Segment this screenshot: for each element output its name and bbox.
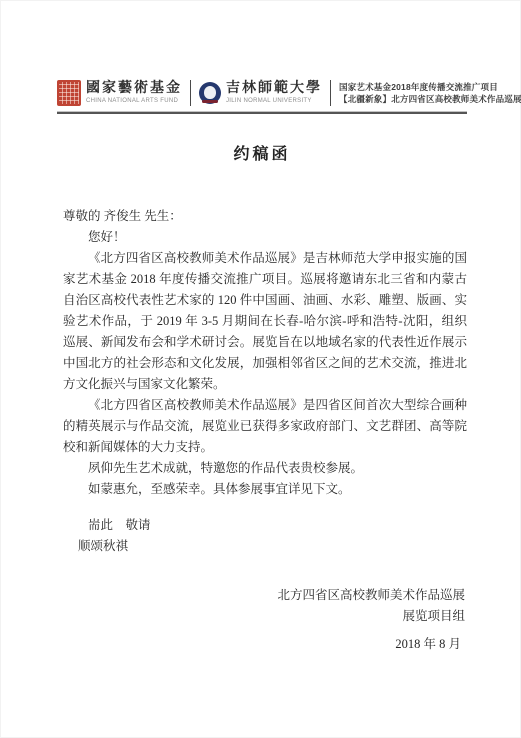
signature-spacer [63, 557, 467, 585]
header-divider-1 [190, 80, 191, 106]
university-name-cn: 吉林師範大學 [226, 81, 322, 97]
emblem-inner-shape [204, 86, 216, 99]
arts-fund-brand: 國家藝術基金 CHINA NATIONAL ARTS FUND [57, 80, 182, 106]
body-paragraph-2: 《北方四省区高校教师美术作品巡展》是四省区间首次大型综合画种的精英展示与作品交流… [63, 395, 467, 458]
arts-fund-name-en: CHINA NATIONAL ARTS FUND [86, 98, 182, 105]
university-names: 吉林師範大學 JILIN NORMAL UNIVERSITY [226, 81, 322, 105]
closing-spacer [63, 500, 467, 515]
signature-line-1: 北方四省区高校教师美术作品巡展 [63, 585, 467, 606]
body-paragraph-3: 夙仰先生艺术成就，特邀您的作品代表贵校参展。 [63, 458, 467, 479]
university-emblem-icon [199, 82, 221, 104]
project-line-2: 【北疆新象】北方四省区高校教师美术作品巡展 [339, 93, 521, 106]
project-title-block: 国家艺术基金2018年度传播交流推广项目 【北疆新象】北方四省区高校教师美术作品… [339, 81, 521, 106]
letter-title: 约稿函 [57, 141, 467, 164]
university-brand: 吉林師範大學 JILIN NORMAL UNIVERSITY [199, 81, 322, 105]
seal-pattern [59, 82, 79, 104]
project-line-1: 国家艺术基金2018年度传播交流推广项目 [339, 81, 521, 94]
signature-line-2: 展览项目组 [63, 606, 467, 627]
letter-body: 尊敬的 齐俊生 先生： 您好！ 《北方四省区高校教师美术作品巡展》是吉林师范大学… [63, 206, 467, 655]
closing-line-2: 顺颂秋祺 [63, 536, 467, 557]
salutation: 尊敬的 齐俊生 先生： [63, 206, 467, 227]
date-line: 2018 年 8 月 [63, 634, 467, 655]
arts-fund-seal-icon [57, 80, 81, 106]
university-name-en: JILIN NORMAL UNIVERSITY [226, 98, 322, 105]
emblem-ribbon [202, 100, 218, 103]
arts-fund-names: 國家藝術基金 CHINA NATIONAL ARTS FUND [86, 81, 182, 105]
header-divider-2 [330, 80, 331, 106]
letterhead: 國家藝術基金 CHINA NATIONAL ARTS FUND 吉林師範大學 J… [57, 77, 467, 109]
body-paragraph-1: 《北方四省区高校教师美术作品巡展》是吉林师范大学申报实施的国家艺术基金 2018… [63, 248, 467, 395]
closing-line-1: 耑此 敬请 [63, 515, 467, 536]
body-paragraph-4: 如蒙惠允，至感荣幸。具体参展事宜详见下文。 [63, 479, 467, 500]
greeting-line: 您好！ [63, 227, 467, 248]
arts-fund-name-cn: 國家藝術基金 [86, 81, 182, 97]
date-spacer [63, 627, 467, 634]
header-rule [57, 111, 467, 114]
letter-page: 國家藝術基金 CHINA NATIONAL ARTS FUND 吉林師範大學 J… [0, 0, 521, 738]
